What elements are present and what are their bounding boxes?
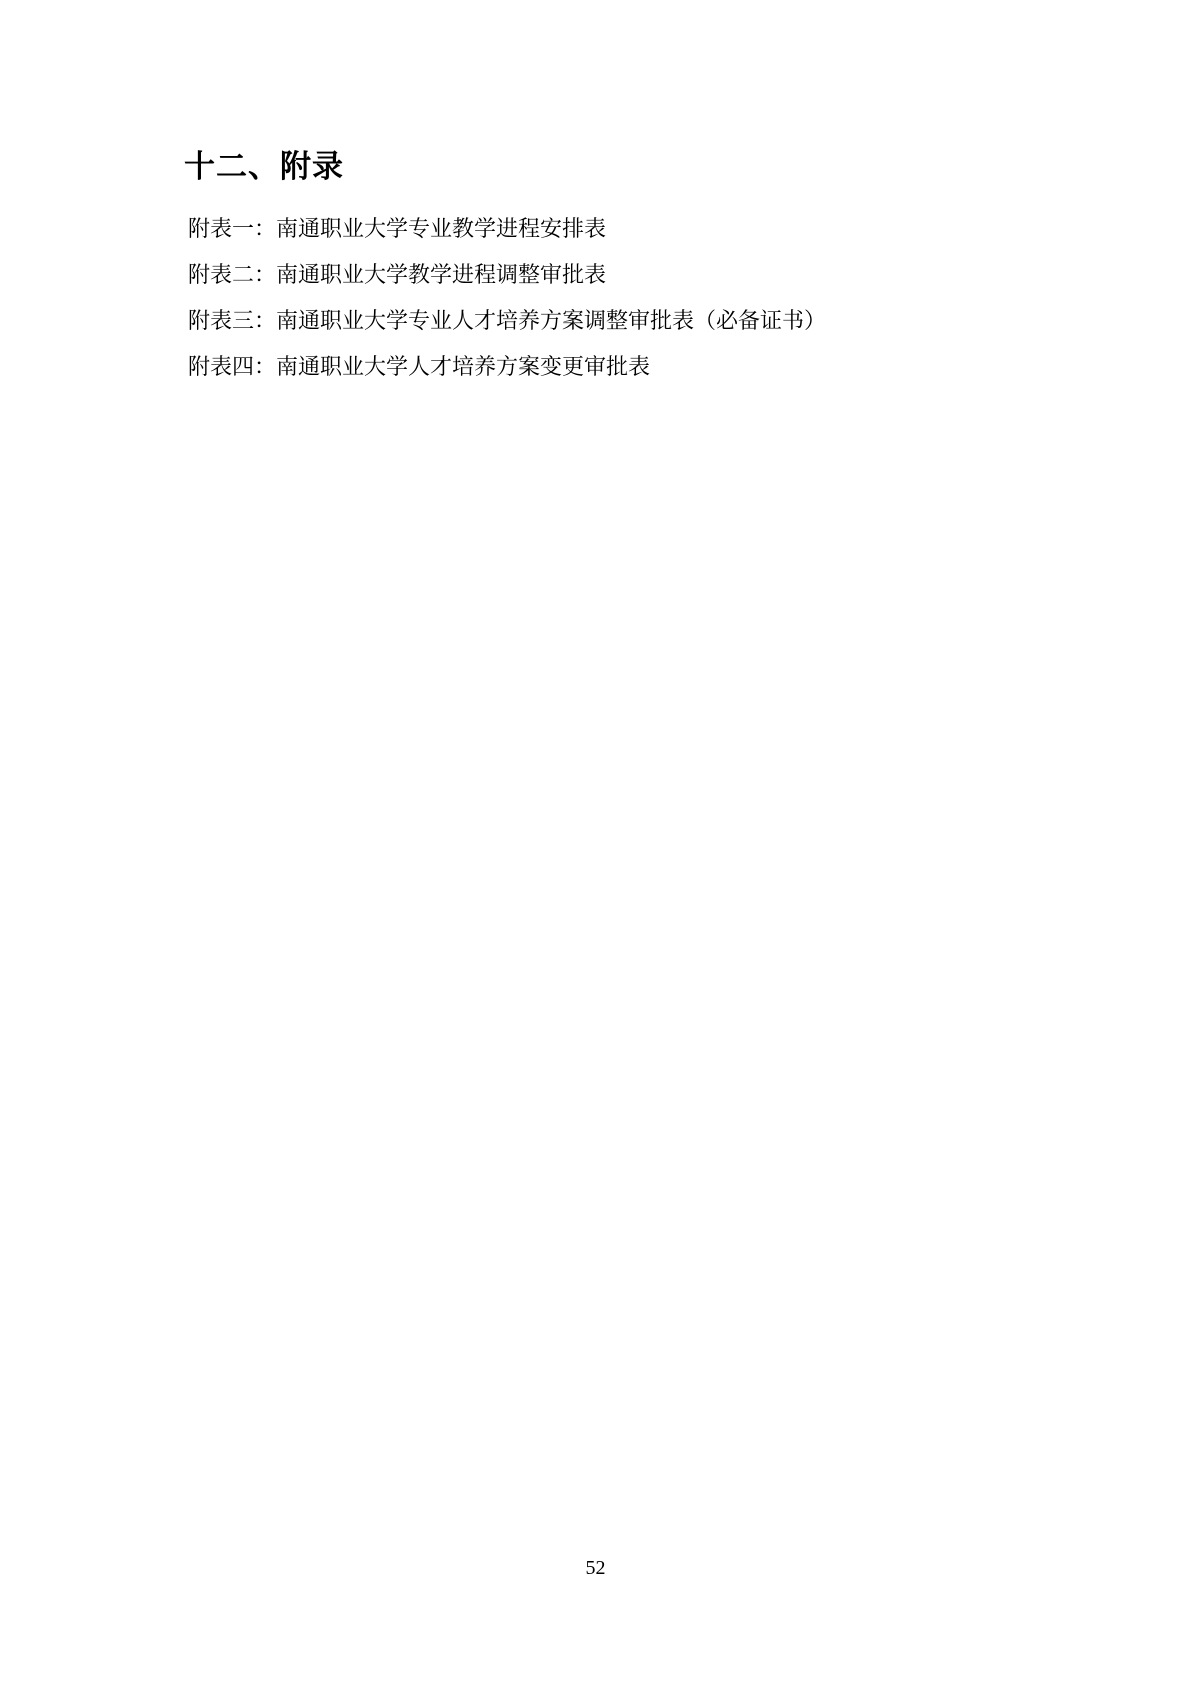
document-page: 十二、附录 附表一：南通职业大学专业教学进程安排表 附表二：南通职业大学教学进程… (0, 0, 1191, 1684)
appendix-item-3: 附表三：南通职业大学专业人才培养方案调整审批表（必备证书） (188, 298, 1131, 344)
appendix-item-1: 附表一：南通职业大学专业教学进程安排表 (188, 206, 1131, 252)
page-number: 52 (0, 1556, 1191, 1580)
section-heading: 十二、附录 (184, 141, 344, 186)
appendix-list: 附表一：南通职业大学专业教学进程安排表 附表二：南通职业大学教学进程调整审批表 … (188, 206, 1131, 390)
appendix-item-4: 附表四：南通职业大学人才培养方案变更审批表 (188, 344, 1131, 390)
appendix-item-2: 附表二：南通职业大学教学进程调整审批表 (188, 252, 1131, 298)
